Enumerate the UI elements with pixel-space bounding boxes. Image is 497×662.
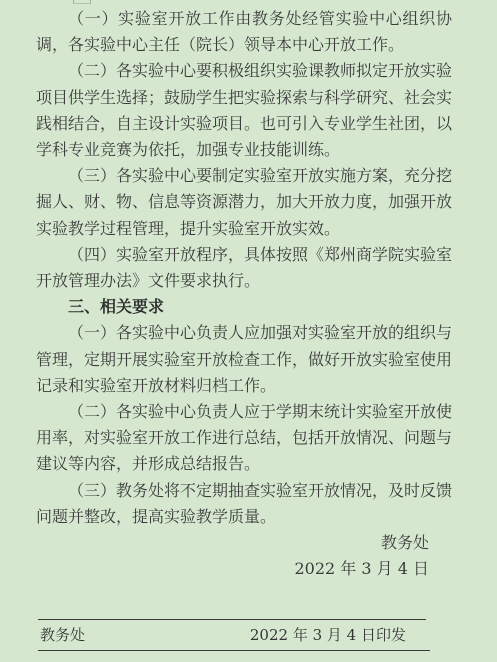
footer-print-date: 2022 年 3 月 4 日印发: [250, 626, 406, 645]
section-heading: 三、相关要求: [36, 294, 452, 320]
document-body: （一）实验室开放工作由教务处经管实验中心组织协调，各实验中心主任（院长）领导本中…: [36, 6, 452, 582]
paragraph-opening-1: （一）实验室开放工作由教务处经管实验中心组织协调，各实验中心主任（院长）领导本中…: [36, 6, 452, 58]
paragraph-opening-2: （二）各实验中心要积极组织实验课教师拟定开放实验项目供学生选择；鼓励学生把实验探…: [36, 58, 452, 163]
footer-row: 教务处 2022 年 3 月 4 日印发: [38, 620, 430, 650]
cut-off-text-remnant: [73, 0, 91, 4]
page-footer: 教务处 2022 年 3 月 4 日印发: [38, 619, 430, 651]
paragraph-requirement-2: （二）各实验中心负责人应于学期末统计实验室开放使用率，对实验室开放工作进行总结，…: [36, 399, 452, 478]
paragraph-requirement-3: （三）教务处将不定期抽查实验室开放情况，及时反馈问题并整改，提高实验教学质量。: [36, 478, 452, 530]
paragraph-requirement-1: （一）各实验中心负责人应加强对实验室开放的组织与管理，定期开展实验室开放检查工作…: [36, 320, 452, 399]
document-page: （一）实验室开放工作由教务处经管实验中心组织协调，各实验中心主任（院长）领导本中…: [0, 0, 497, 662]
footer-rule-bottom: [38, 650, 430, 651]
paragraph-opening-3: （三）各实验中心要制定实验室开放实施方案，充分挖掘人、财、物、信息等资源潜力，加…: [36, 163, 452, 242]
signature-date: 2022 年 3 月 4 日: [36, 556, 452, 582]
footer-issuer: 教务处: [40, 626, 85, 645]
paragraph-opening-4: （四）实验室开放程序，具体按照《郑州商学院实验室开放管理办法》文件要求执行。: [36, 242, 452, 294]
signature-org: 教务处: [36, 530, 452, 556]
